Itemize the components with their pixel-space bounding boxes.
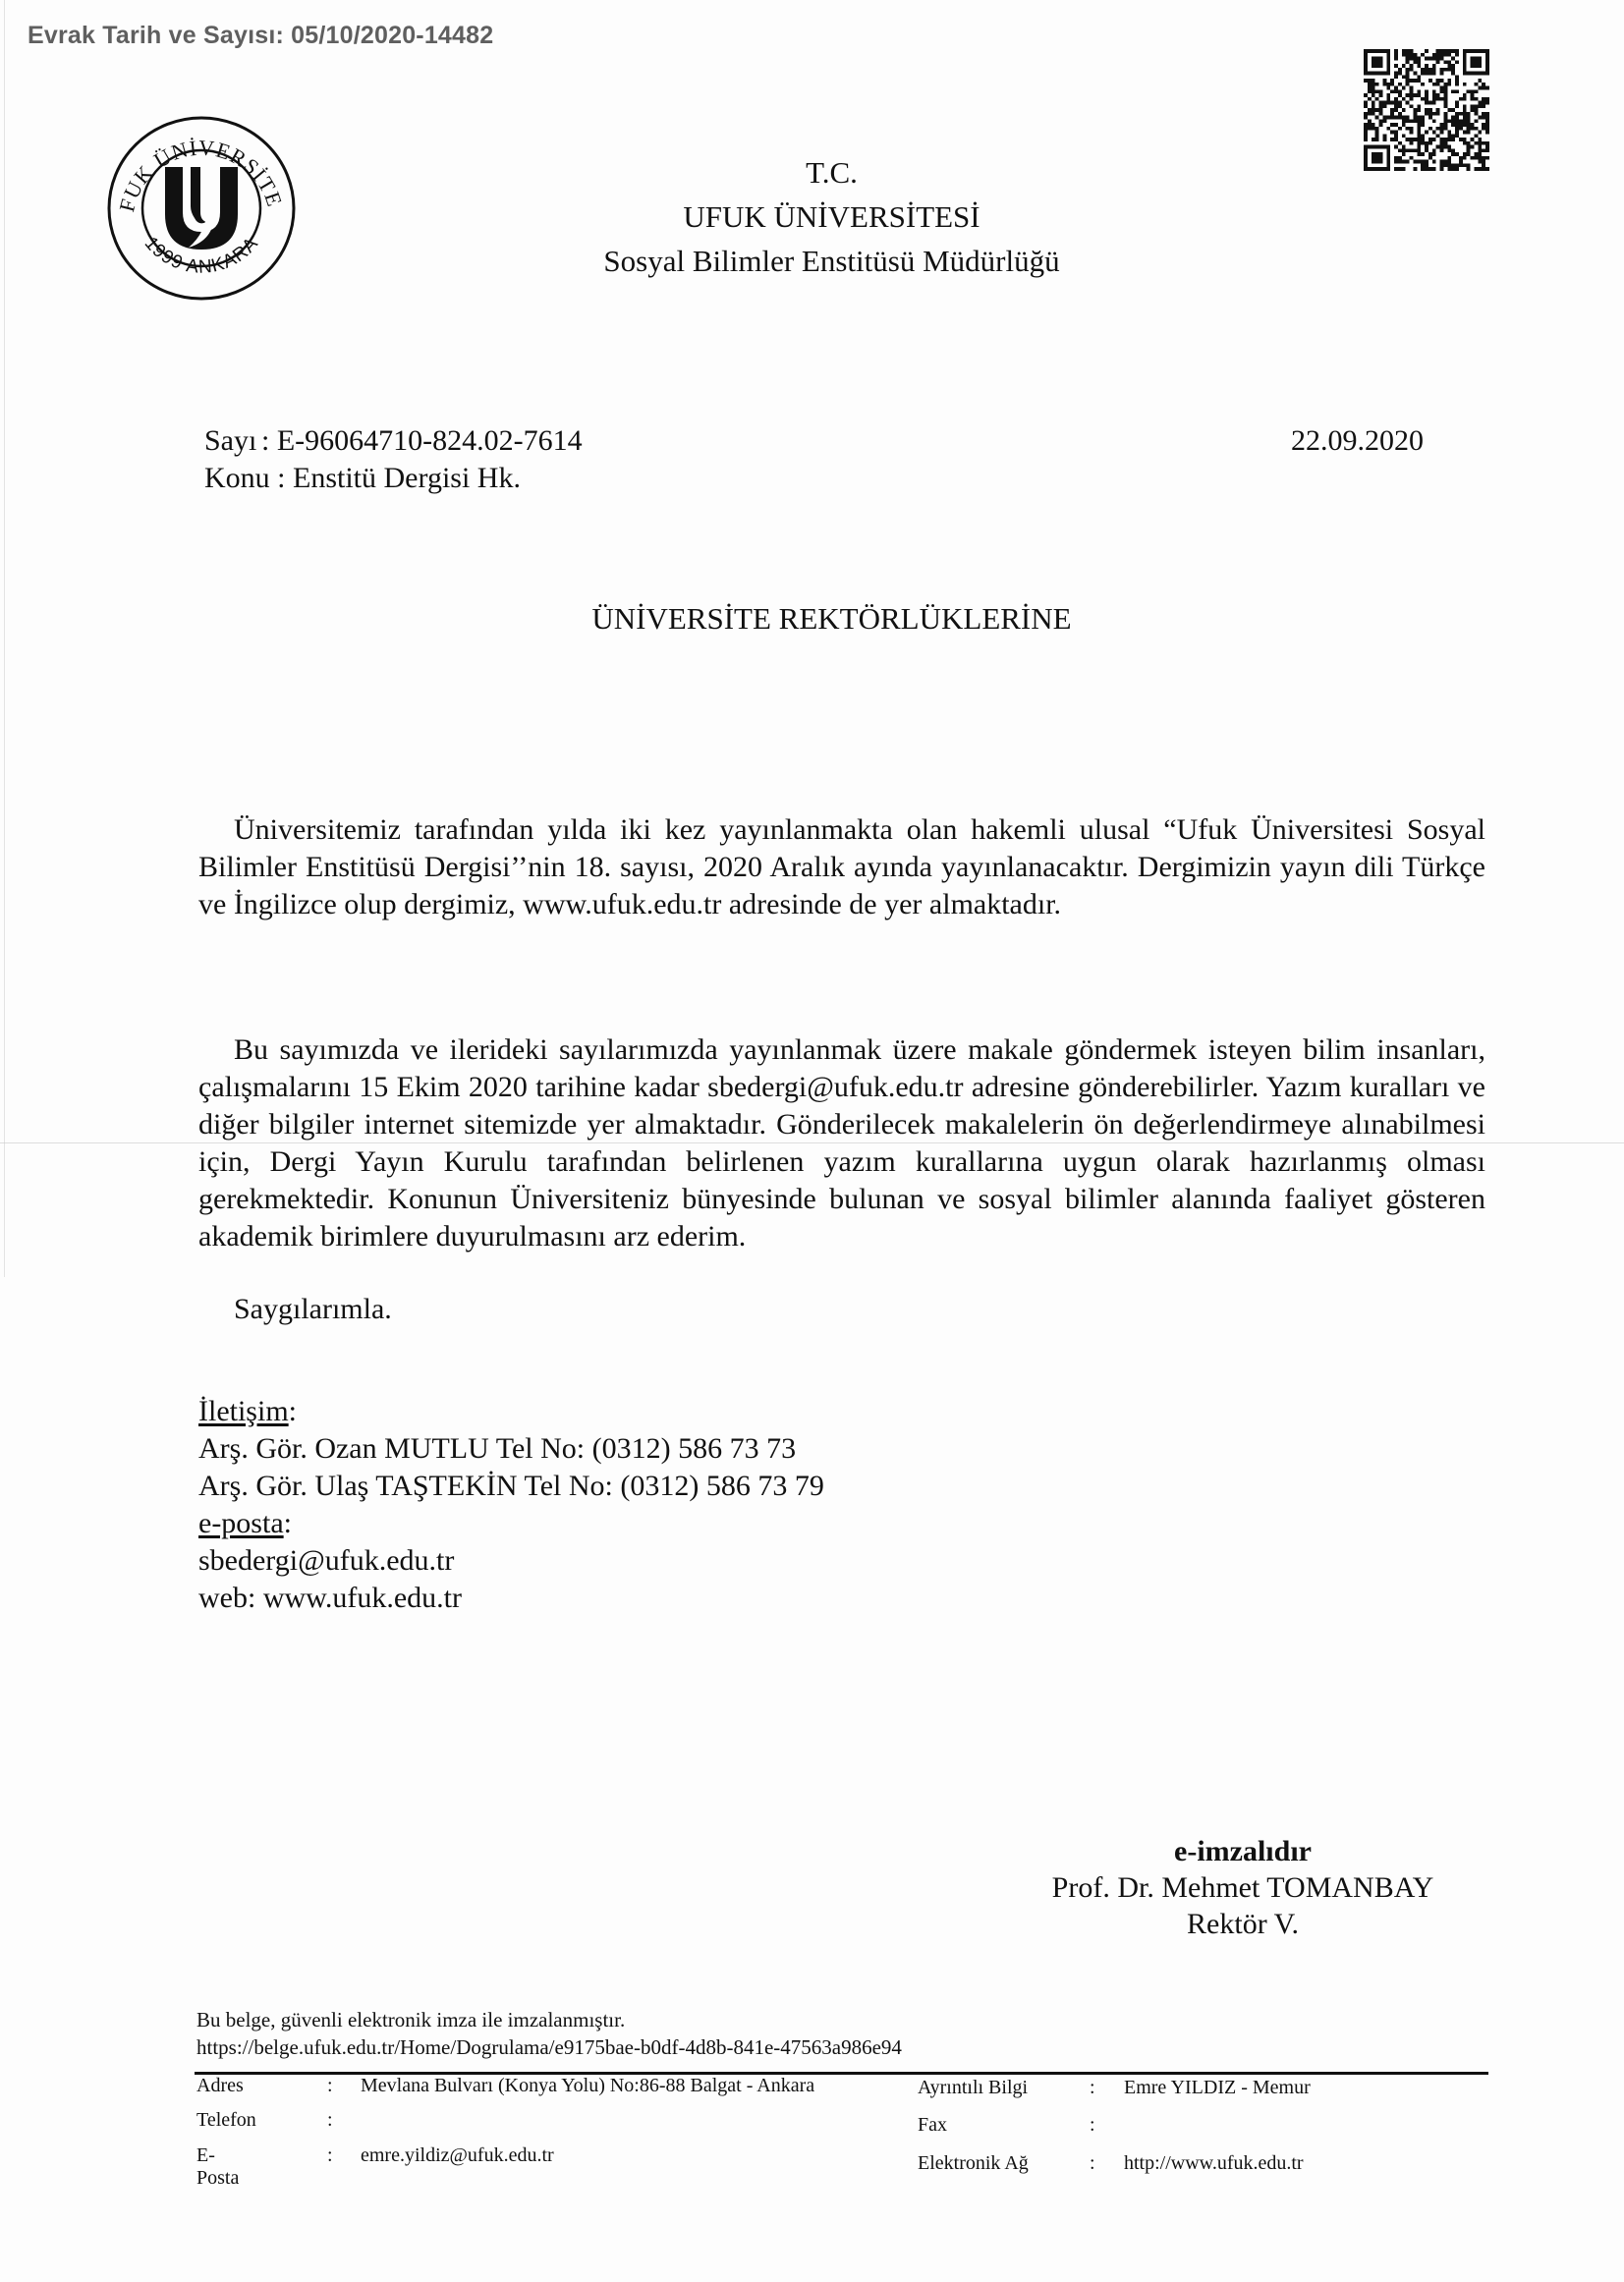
contact-email-link[interactable]: sbedergi@ufuk.edu.tr: [198, 1542, 824, 1580]
konu-value: : Enstitü Dergisi Hk.: [277, 462, 521, 494]
signer-name: Prof. Dr. Mehmet TOMANBAY: [982, 1869, 1503, 1906]
subject-line: Konu : Enstitü Dergisi Hk.: [204, 462, 521, 495]
signature-block: e-imzalıdır Prof. Dr. Mehmet TOMANBAY Re…: [982, 1833, 1503, 1942]
contact-person: Arş. Gör. Ulaş TAŞTEKİN Tel No: (0312) 5…: [198, 1468, 824, 1505]
header-university-name: UFUK ÜNİVERSİTESİ: [20, 199, 1624, 235]
header-line-tc: T.C.: [20, 155, 1624, 191]
salutation: ÜNİVERSİTE REKTÖRLÜKLERİNE: [20, 601, 1624, 637]
scan-edge: [4, 0, 5, 1277]
verify-url-link[interactable]: https://belge.ufuk.edu.tr/Home/Dogrulama…: [196, 2033, 902, 2061]
body-paragraph-2: Bu sayımızda ve ilerideki sayılarımızda …: [198, 1031, 1485, 1255]
body-paragraph-1: Üniversitemiz tarafından yılda iki kez y…: [198, 811, 1485, 923]
contact-person: Arş. Gör. Ozan MUTLU Tel No: (0312) 586 …: [198, 1430, 824, 1468]
document-stamp: Evrak Tarih ve Sayısı: 05/10/2020-14482: [28, 22, 493, 50]
contact-heading: İletişim: [198, 1395, 289, 1427]
contact-block: İletişim: Arş. Gör. Ozan MUTLU Tel No: (…: [198, 1393, 824, 1617]
qr-code-icon[interactable]: [1364, 49, 1489, 171]
closing-regards: Saygılarımla.: [234, 1293, 392, 1326]
contact-web-link[interactable]: web: www.ufuk.edu.tr: [198, 1580, 824, 1617]
document-date: 22.09.2020: [1291, 424, 1424, 458]
konu-label: Konu: [204, 462, 270, 494]
footer-email-link[interactable]: emre.yildiz@ufuk.edu.tr: [361, 2144, 554, 2167]
email-heading: e-posta: [198, 1507, 284, 1539]
esign-status: e-imzalıdır: [982, 1833, 1503, 1869]
footer-website-link[interactable]: http://www.ufuk.edu.tr: [1124, 2152, 1304, 2175]
sayi-value: : E-96064710-824.02-7614: [261, 424, 583, 457]
signer-title: Rektör V.: [982, 1906, 1503, 1942]
reference-number: Sayı: E-96064710-824.02-7614: [204, 424, 583, 458]
esign-note: Bu belge, güvenli elektronik imza ile im…: [196, 2006, 902, 2033]
header-institute-name: Sosyal Bilimler Enstitüsü Müdürlüğü: [20, 244, 1624, 279]
esign-footer: Bu belge, güvenli elektronik imza ile im…: [196, 2006, 902, 2061]
sayi-label: Sayı: [204, 424, 261, 458]
